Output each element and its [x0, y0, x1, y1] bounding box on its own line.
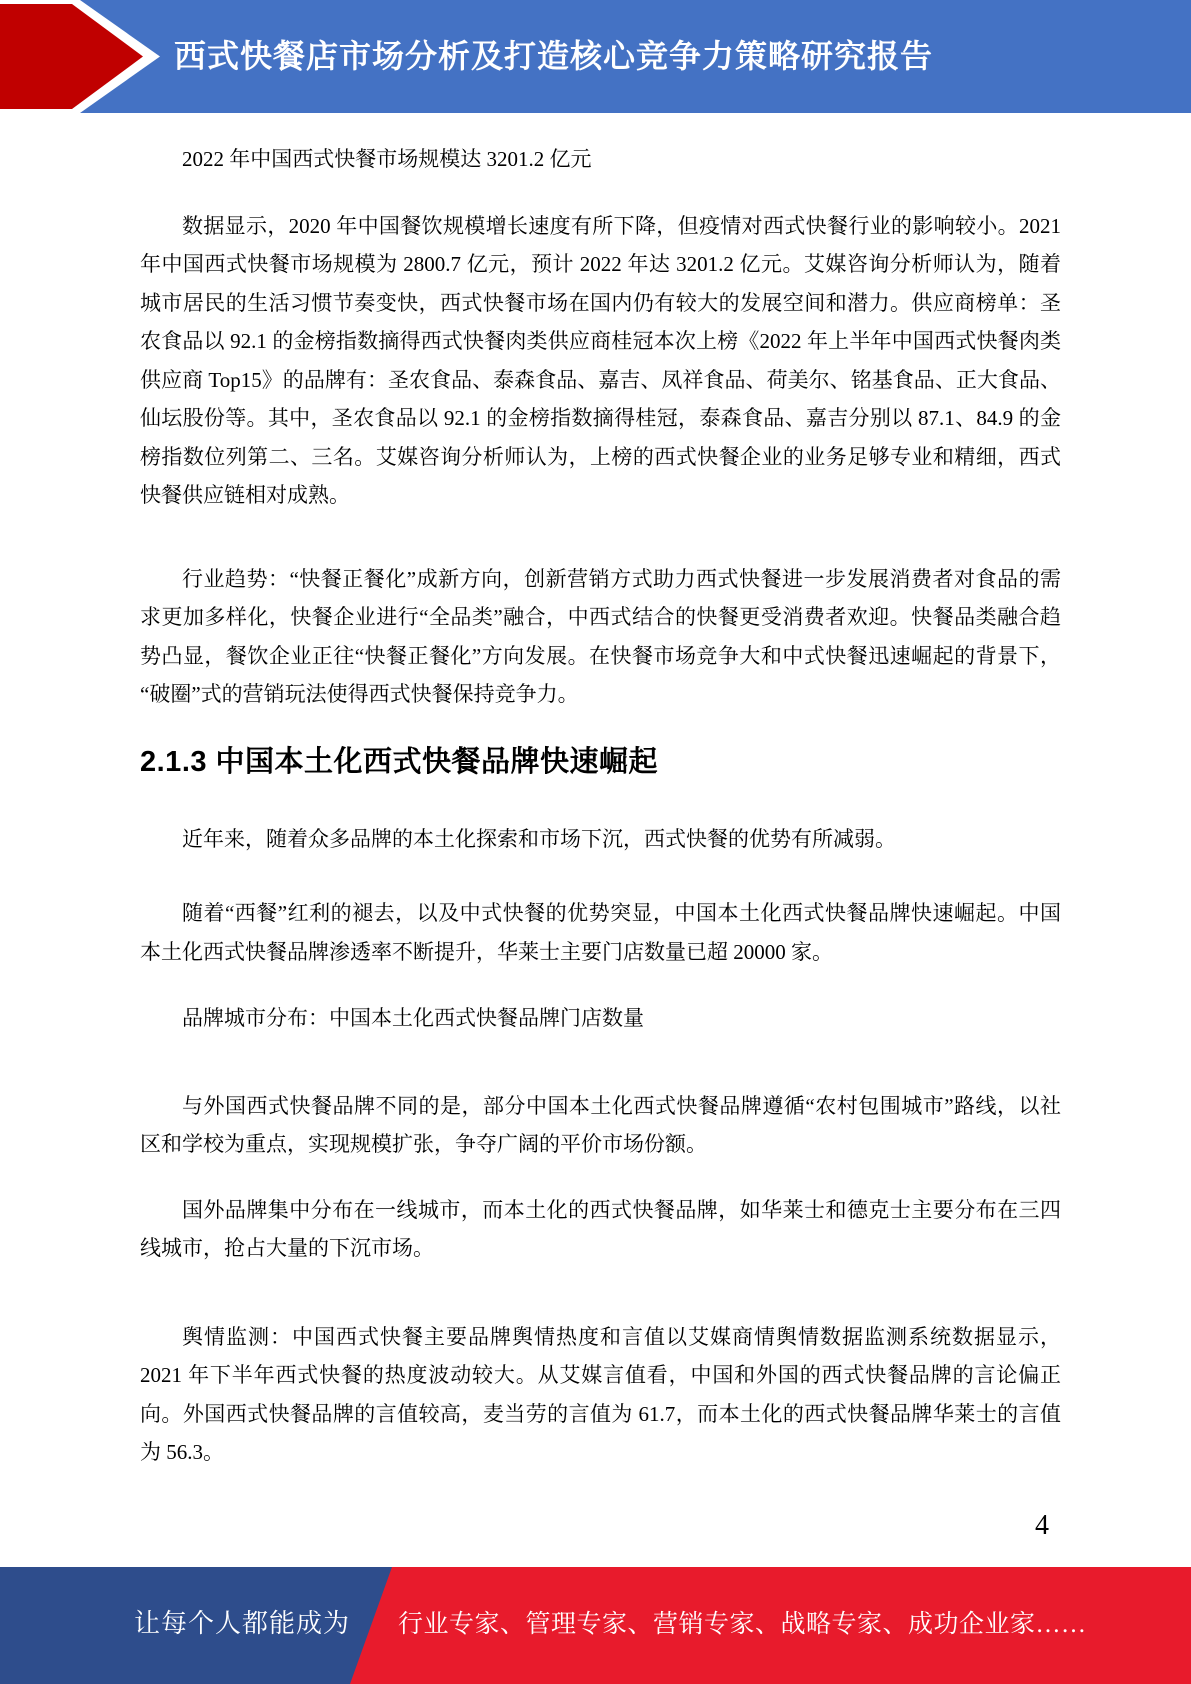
footer-slogan-left: 让每个人都能成为: [134, 1603, 350, 1640]
document-body: 2022 年中国西式快餐市场规模达 3201.2 亿元 数据显示，2020 年中…: [0, 113, 1191, 1472]
paragraph-foreign-vs-local: 国外品牌集中分布在一线城市，而本土化的西式快餐品牌，如华莱士和德克士主要分布在三…: [140, 1191, 1061, 1268]
paragraph-local-brands-rise: 随着“西餐”红利的褪去，以及中式快餐的优势突显，中国本土化西式快餐品牌快速崛起。…: [140, 894, 1061, 971]
paragraph-brand-city-distribution: 品牌城市分布：中国本土化西式快餐品牌门店数量: [140, 999, 1061, 1038]
section-heading-2-1-3: 2.1.3 中国本土化西式快餐品牌快速崛起: [140, 741, 1061, 783]
page-footer: 让每个人都能成为 行业专家、管理专家、营销专家、战略专家、成功企业家……: [0, 1567, 1191, 1684]
paragraph-sentiment-monitoring: 舆情监测：中国西式快餐主要品牌舆情热度和言值以艾媒商情舆情数据监测系统数据显示，…: [140, 1318, 1061, 1472]
report-title: 西式快餐店市场分析及打造核心竞争力策略研究报告: [174, 0, 933, 113]
paragraph-rural-strategy: 与外国西式快餐品牌不同的是，部分中国本土化西式快餐品牌遵循“农村包围城市”路线，…: [140, 1087, 1061, 1164]
paragraph-recent-years: 近年来，随着众多品牌的本土化探索和市场下沉，西式快餐的优势有所减弱。: [140, 820, 1061, 859]
paragraph-market-size-2022: 2022 年中国西式快餐市场规模达 3201.2 亿元: [140, 140, 1061, 179]
footer-slogan-right: 行业专家、管理专家、营销专家、战略专家、成功企业家……: [398, 1604, 1087, 1640]
page-number: 4: [1018, 1510, 1066, 1542]
chevron-arrow-icon: [0, 0, 170, 113]
paragraph-data-analysis: 数据显示，2020 年中国餐饮规模增长速度有所下降，但疫情对西式快餐行业的影响较…: [140, 207, 1061, 515]
paragraph-industry-trend: 行业趋势：“快餐正餐化”成新方向，创新营销方式助力西式快餐进一步发展消费者对食品…: [140, 560, 1061, 714]
report-page: 西式快餐店市场分析及打造核心竞争力策略研究报告 2022 年中国西式快餐市场规模…: [0, 0, 1191, 1684]
page-header-banner: 西式快餐店市场分析及打造核心竞争力策略研究报告: [0, 0, 1191, 113]
